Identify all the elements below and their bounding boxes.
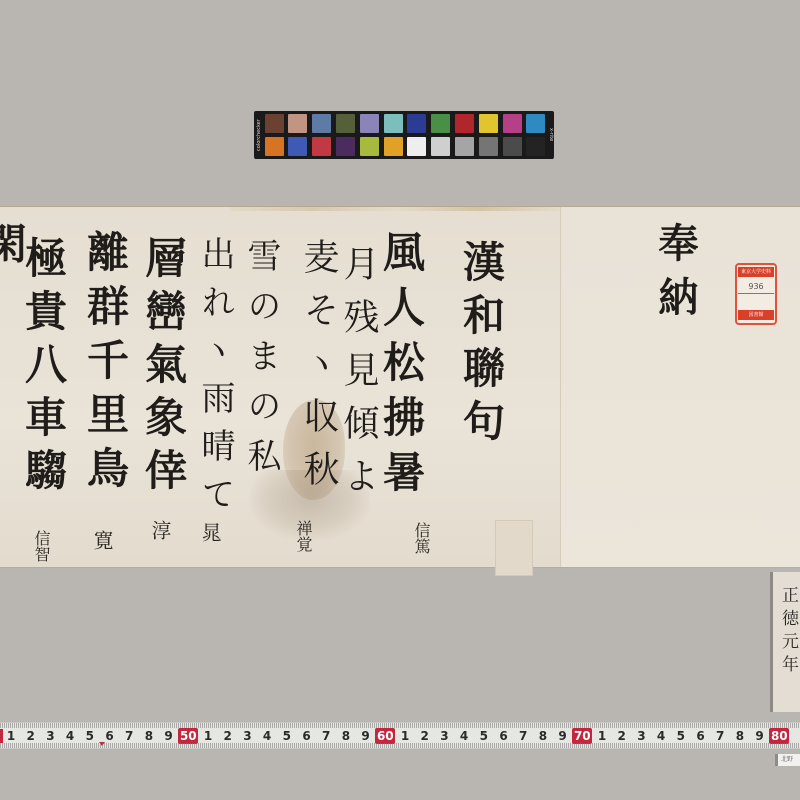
ruler-number: 4: [60, 728, 80, 744]
verse-column-6: 層巒氣象倖: [142, 236, 184, 501]
color-swatch-grid: [265, 114, 546, 156]
color-swatch: [526, 137, 545, 156]
ruler-number: 4: [651, 728, 671, 744]
color-checker-card: colorchecker x-rite: [254, 111, 554, 159]
signature-8: 信智: [33, 530, 49, 562]
color-swatch: [336, 137, 355, 156]
stamp-footer: 図書館: [738, 310, 774, 320]
ruler-number: 8: [336, 728, 356, 744]
ruler-number: 9: [553, 728, 573, 744]
ruler-number: 7: [513, 728, 533, 744]
paper-edge-stain: [230, 207, 560, 211]
color-swatch: [479, 137, 498, 156]
ruler-number: 1: [395, 728, 415, 744]
color-swatch: [312, 137, 331, 156]
color-swatch: [455, 137, 474, 156]
ruler-number: 8: [139, 728, 159, 744]
color-swatch: [407, 114, 426, 133]
color-swatch: [479, 114, 498, 133]
signature-5: 晁: [200, 522, 220, 542]
ruler-number: 60: [375, 728, 395, 744]
color-swatch: [431, 114, 450, 133]
color-swatch: [265, 137, 284, 156]
color-checker-logo: x-rite: [546, 113, 554, 157]
verse-column-1: 風人松拂暑: [380, 230, 422, 505]
ruler-number: 70: [572, 728, 592, 744]
ruler-number: 9: [750, 728, 770, 744]
color-swatch: [431, 137, 450, 156]
ruler-number: 3: [631, 728, 651, 744]
verse-column-9: 閑: [0, 222, 24, 270]
ruler-number: 9: [356, 728, 376, 744]
color-swatch: [265, 114, 284, 133]
verse-column-3: 麦そヽ収秋: [300, 238, 336, 503]
ruler-ticks-bottom: [0, 743, 800, 748]
color-swatch: [455, 114, 474, 133]
color-swatch: [407, 137, 426, 156]
date-label-text: 正徳元年: [779, 586, 796, 678]
color-checker-brand: colorchecker: [256, 113, 264, 157]
ruler-number: 9: [159, 728, 179, 744]
paper-joint-tab: [495, 520, 533, 576]
ruler-number: 8: [730, 728, 750, 744]
signature-3: 禅覚: [295, 520, 311, 552]
ruler-number: 2: [21, 728, 41, 744]
color-swatch: [384, 137, 403, 156]
measuring-ruler: 1234567895012345678960123456789701234567…: [0, 722, 800, 749]
color-swatch: [360, 114, 379, 133]
stamp-blank: [738, 294, 774, 308]
ruler-number: 2: [612, 728, 632, 744]
color-swatch: [526, 114, 545, 133]
stamp-header: 東京大学史料: [738, 267, 774, 277]
ruler-number: 80: [769, 728, 789, 744]
signature-7: 寛: [92, 530, 112, 550]
signature-1: 信篤: [413, 522, 429, 554]
ruler-number: 8: [533, 728, 553, 744]
color-swatch: [384, 114, 403, 133]
color-swatch: [336, 114, 355, 133]
poem-title: 漢和聯句: [460, 240, 502, 452]
ruler-number: 6: [691, 728, 711, 744]
ruler-number: 2: [415, 728, 435, 744]
ruler-number: 6: [297, 728, 317, 744]
ruler-number: 1: [1, 728, 21, 744]
ruler-number: 5: [80, 728, 100, 744]
verse-column-8: 極貴八車騶: [22, 236, 64, 501]
verse-column-7: 離群千里鳥: [84, 230, 126, 500]
verse-column-5: 出れヽ雨晴て: [198, 236, 232, 524]
ruler-number: 5: [474, 728, 494, 744]
library-stamp: 東京大学史料 936 図書館: [735, 263, 777, 325]
ruler-number: 50: [178, 728, 198, 744]
ruler-number: 7: [316, 728, 336, 744]
verse-column-2: 月残見傾よ: [340, 245, 376, 510]
ruler-number: 4: [257, 728, 277, 744]
color-swatch: [503, 114, 522, 133]
ruler-number: 5: [277, 728, 297, 744]
color-swatch: [503, 137, 522, 156]
color-swatch: [312, 114, 331, 133]
ruler-number: 5: [671, 728, 691, 744]
ruler-number: 3: [237, 728, 257, 744]
cover-title: 奉納: [655, 222, 695, 330]
stamp-number: 936: [738, 279, 774, 294]
ruler-number: 1: [198, 728, 218, 744]
ruler-number: 1: [592, 728, 612, 744]
ruler-number: 2: [218, 728, 238, 744]
color-swatch: [360, 137, 379, 156]
ruler-number: 7: [119, 728, 139, 744]
ruler-numbers: 1234567895012345678960123456789701234567…: [0, 728, 800, 744]
verse-column-4: 雪のまの私: [244, 238, 278, 488]
ruler-number: 4: [454, 728, 474, 744]
date-label-slip: 正徳元年: [770, 572, 800, 712]
color-swatch: [288, 114, 307, 133]
color-swatch: [288, 137, 307, 156]
archive-tag: 北野: [775, 754, 800, 766]
ruler-number: 7: [710, 728, 730, 744]
ruler-number: 3: [434, 728, 454, 744]
ruler-number: 3: [40, 728, 60, 744]
ruler-number: 6: [494, 728, 514, 744]
signature-6: 淳: [150, 520, 170, 540]
